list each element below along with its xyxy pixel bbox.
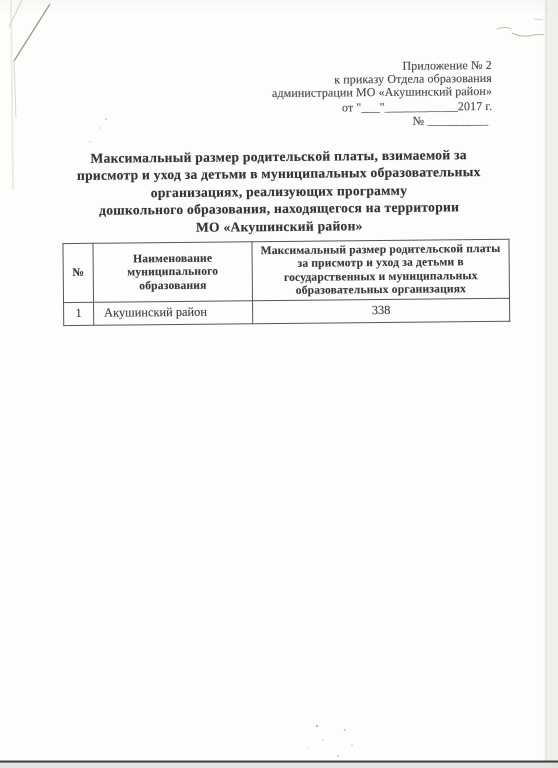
document-title: Максимальный размер родительской платы, … bbox=[37, 146, 522, 238]
header-cell-number: № bbox=[63, 243, 94, 302]
municipality-cell: Акушинский район bbox=[94, 300, 253, 325]
document-content: Приложение № 2 к приказу Отдела образова… bbox=[0, 0, 558, 768]
row-number-cell: 1 bbox=[64, 302, 94, 325]
scanned-document-page: Приложение № 2 к приказу Отдела образова… bbox=[0, 0, 558, 768]
payment-value-cell: 338 bbox=[253, 298, 510, 323]
header-cell-municipality: Наименование муниципального образования bbox=[93, 242, 253, 302]
payment-table: № Наименование муниципального образовани… bbox=[62, 239, 510, 326]
header-cell-max-payment: Максимальный размер родительской платы з… bbox=[252, 239, 510, 300]
approval-line-number: № __________ bbox=[272, 114, 492, 129]
approval-header-block: Приложение № 2 к приказу Отдела образова… bbox=[272, 59, 493, 129]
table-header-row: № Наименование муниципального образовани… bbox=[63, 239, 510, 302]
table-row: 1 Акушинский район 338 bbox=[64, 298, 510, 325]
